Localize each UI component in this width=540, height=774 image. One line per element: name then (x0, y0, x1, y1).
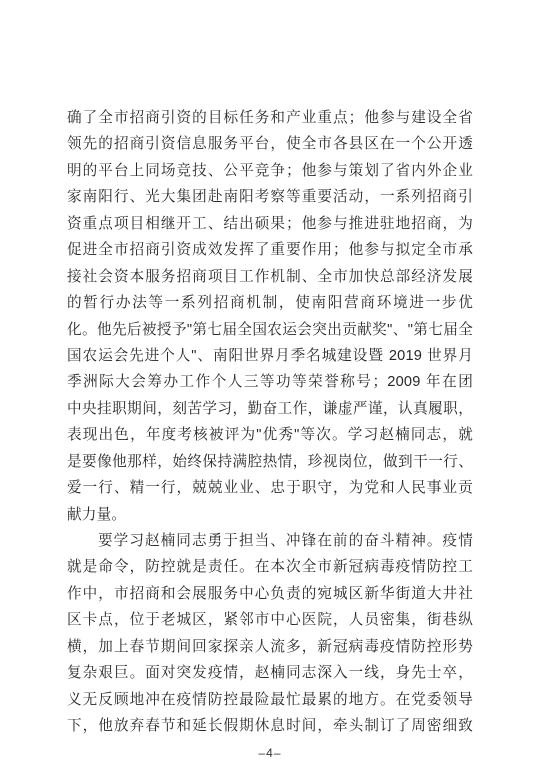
document-page: 确了全市招商引资的目标任务和产业重点；他参与建设全省领先的招商引资信息服务平台，… (0, 0, 540, 774)
text-line: 就是命令，防控就是责任。在本次全市新冠病毒疫情防控工 (67, 554, 473, 580)
text-line: 是要像他那样，始终保持满腔热情，珍视岗位，做到干一行、 (67, 449, 473, 475)
text-line: 促进全市招商引资成效发挥了重要作用；他参与拟定全市承 (67, 237, 473, 263)
text-line: 家南阳行、光大集团赴南阳考察等重要活动，一系列招商引 (67, 184, 473, 210)
text-line: 领先的招商引资信息服务平台，使全市各县区在一个公开透 (67, 131, 473, 157)
text-line: 表现出色，年度考核被评为"优秀"等次。学习赵楠同志，就 (67, 422, 473, 448)
text-line: 资重点项目相继开工、结出硕果；他参与推进驻地招商，为 (67, 211, 473, 237)
text-line: 的暂行办法等一系列招商机制，使南阳营商环境进一步优 (67, 290, 473, 316)
document-text-body: 确了全市招商引资的目标任务和产业重点；他参与建设全省领先的招商引资信息服务平台，… (67, 105, 473, 740)
text-line: 爱一行、精一行，兢兢业业、忠于职守，为党和人民事业贡 (67, 475, 473, 501)
text-line: 国农运会先进个人"、南阳世界月季名城建设暨 2019 世界月 (67, 343, 473, 369)
text-line: 中央挂职期间，刻苦学习，勤奋工作，谦虚严谨，认真履职， (67, 396, 473, 422)
text-line: 献力量。 (67, 502, 473, 528)
text-line: 接社会资本服务招商项目工作机制、全市加快总部经济发展 (67, 264, 473, 290)
text-line: 季洲际大会筹办工作个人三等功等荣誉称号；2009 年在团 (67, 369, 473, 395)
text-line: 义无反顾地冲在疫情防控最险最忙最累的地方。在党委领导 (67, 687, 473, 713)
text-line: 要学习赵楠同志勇于担当、冲锋在前的奋斗精神。疫情 (67, 528, 473, 554)
page-footer: –4– (0, 744, 540, 762)
text-line: 明的平台上同场竞技、公平竞争；他参与策划了省内外企业 (67, 158, 473, 184)
text-line: 复杂艰巨。面对突发疫情，赵楠同志深入一线，身先士卒， (67, 660, 473, 686)
text-line: 区卡点，位于老城区，紧邻市中心医院，人员密集，街巷纵 (67, 607, 473, 633)
text-line: 下，他放弃春节和延长假期休息时间，牵头制订了周密细致 (67, 713, 473, 739)
text-line: 作中，市招商和会展服务中心负责的宛城区新华街道大井社 (67, 581, 473, 607)
text-line: 横，加上春节期间回家探亲人流多，新冠病毒疫情防控形势 (67, 634, 473, 660)
text-line: 化。他先后被授予"第七届全国农运会突出贡献奖"、"第七届全 (67, 317, 473, 343)
text-line: 确了全市招商引资的目标任务和产业重点；他参与建设全省 (67, 105, 473, 131)
page-number: –4– (258, 746, 281, 760)
